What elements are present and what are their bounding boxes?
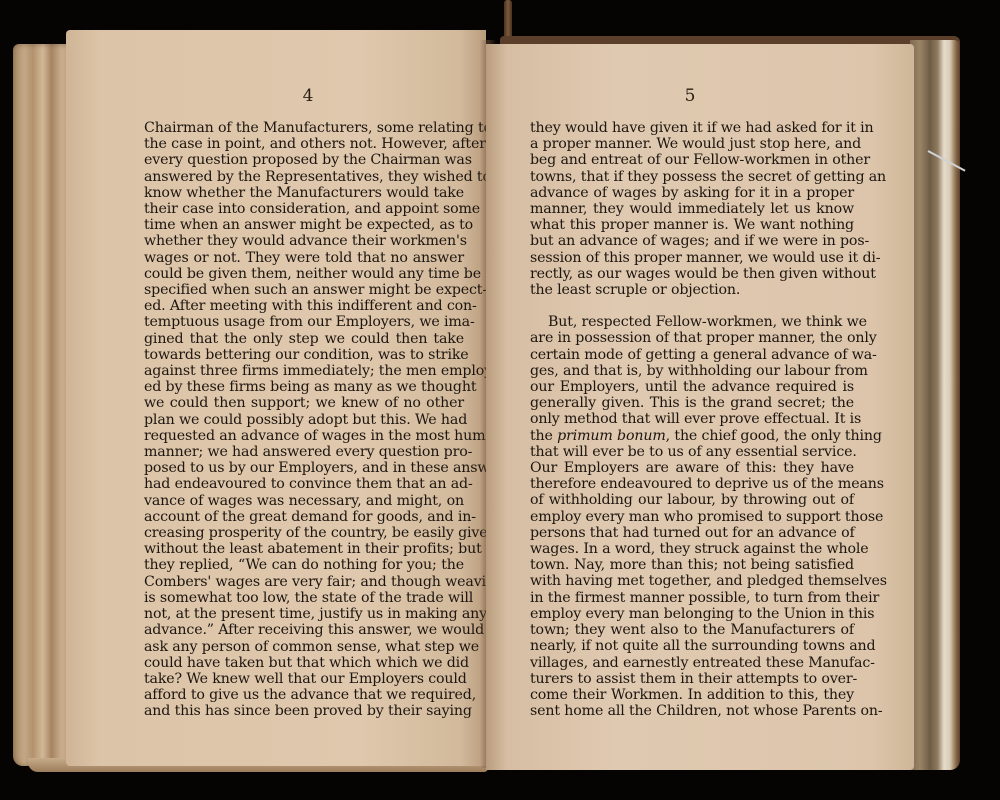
text-line: with having met together, and pledged th…	[530, 573, 854, 589]
text-line: could be given them, neither would any t…	[144, 266, 464, 282]
text-line: ed by these firms being as many as we th…	[144, 379, 464, 395]
text-line: in the firmest manner possible, to turn …	[530, 590, 854, 606]
text-line: vance of wages was necessary, and might,…	[144, 493, 464, 509]
text-line: specified when such an answer might be e…	[144, 282, 464, 298]
text-line: are in possession of that proper manner,…	[530, 330, 854, 346]
open-book: 4 Chairman of the Manufacturers, some re…	[0, 0, 1000, 800]
text-line: session of this proper manner, we would …	[530, 250, 854, 266]
text-line: take? We knew well that our Employers co…	[144, 671, 464, 687]
text-line: requested an advance of wages in the mos…	[144, 428, 464, 444]
text-line: town. Nay, more than this; not being sat…	[530, 557, 854, 573]
text-line: know whether the Manufacturers would tak…	[144, 185, 464, 201]
text-line: wages or not. They were told that no ans…	[144, 250, 464, 266]
page-number-left: 4	[288, 86, 328, 106]
left-page: 4 Chairman of the Manufacturers, some re…	[66, 30, 486, 766]
text-line: they replied, “We can do nothing for you…	[144, 557, 464, 573]
text-line: the least scruple or objection.	[530, 282, 854, 298]
text-line: towards bettering our condition, was to …	[144, 347, 464, 363]
text-line: ges, and that is, by withholding our lab…	[530, 363, 854, 379]
text-line: Our Employers are aware of this: they ha…	[530, 460, 854, 476]
text-line: but an advance of wages; and if we were …	[530, 233, 854, 249]
text-line: and this has since been proved by their …	[144, 703, 464, 719]
text-line: rectly, as our wages would be then given…	[530, 266, 854, 282]
paragraph-break	[530, 298, 854, 314]
text-line: only method that will ever prove effectu…	[530, 411, 854, 427]
text-line: a proper manner. We would just stop here…	[530, 136, 854, 152]
text-line: they would have given it if we had asked…	[530, 120, 854, 136]
italic-phrase: primum bonum	[557, 428, 666, 444]
text-line: town; they went also to the Manufacturer…	[530, 622, 854, 638]
text-line: employ every man who promised to support…	[530, 509, 854, 525]
text-line: advance.” After receiving this answer, w…	[144, 622, 464, 638]
text-line: wages. In a word, they struck against th…	[530, 541, 854, 557]
text-line: had endeavoured to convince them that an…	[144, 476, 464, 492]
right-page: 5 they would have given it if we had ask…	[486, 44, 914, 770]
text-line: persons that had turned out for an advan…	[530, 525, 854, 541]
text-line: is somewhat too low, the state of the tr…	[144, 590, 464, 606]
text-line: employ every man belonging to the Union …	[530, 606, 854, 622]
text-line: answered by the Representatives, they wi…	[144, 169, 464, 185]
text-line: therefore endeavoured to deprive us of t…	[530, 476, 854, 492]
text-line: afford to give us the advance that we re…	[144, 687, 464, 703]
text-line: plan we could possibly adopt but this. W…	[144, 412, 464, 428]
text-line: come their Workmen. In addition to this,…	[530, 687, 854, 703]
text-line: Combers' wages are very fair; and though…	[144, 574, 464, 590]
text-line: turers to assist them in their attempts …	[530, 671, 854, 687]
text-line: generally given. This is the grand secre…	[530, 395, 854, 411]
text-line: what this proper manner is. We want noth…	[530, 217, 854, 233]
text-line: manner, they would immediately let us kn…	[530, 201, 854, 217]
right-fore-edge	[910, 40, 960, 770]
text-line: could have taken but that which which we…	[144, 655, 464, 671]
text-line: that will ever be to us of any essential…	[530, 444, 854, 460]
text-line: time when an answer might be expected, a…	[144, 217, 464, 233]
text-line: certain mode of getting a general advanc…	[530, 347, 854, 363]
text-line: of withholding our labour, by throwing o…	[530, 492, 854, 508]
text-line: advance of wages by asking for it in a p…	[530, 185, 854, 201]
text-line: our Employers, until the advance require…	[530, 379, 854, 395]
text-line: not, at the present time, justify us in …	[144, 606, 464, 622]
text-line: whether they would advance their workmen…	[144, 233, 464, 249]
text-line: the case in point, and others not. Howev…	[144, 136, 464, 152]
text-line: their case into consideration, and appoi…	[144, 201, 464, 217]
text-line: every question proposed by the Chairman …	[144, 152, 464, 168]
text-line: against three firms immediately; the men…	[144, 363, 464, 379]
page-number-right: 5	[670, 86, 710, 106]
text-line: temptuous usage from our Employers, we i…	[144, 314, 464, 330]
text-line: without the least abatement in their pro…	[144, 541, 464, 557]
text-line: towns, that if they possess the secret o…	[530, 169, 854, 185]
text-line: ed. After meeting with this indifferent …	[144, 298, 464, 314]
text-line: beg and entreat of our Fellow-workmen in…	[530, 152, 854, 168]
left-page-text: Chairman of the Manufacturers, some rela…	[144, 120, 464, 720]
text-line: gined that the only step we could then t…	[144, 331, 464, 347]
text-line: manner; we had answered every question p…	[144, 444, 464, 460]
text-line: But, respected Fellow-workmen, we think …	[530, 314, 854, 330]
text-line: account of the great demand for goods, a…	[144, 509, 464, 525]
text-line: sent home all the Children, not whose Pa…	[530, 703, 854, 719]
right-page-text: they would have given it if we had asked…	[530, 120, 854, 719]
text-line: Chairman of the Manufacturers, some rela…	[144, 120, 464, 136]
text-line: posed to us by our Employers, and in the…	[144, 460, 464, 476]
text-line: ask any person of common sense, what ste…	[144, 639, 464, 655]
text-line: the primum bonum, the chief good, the on…	[530, 428, 854, 444]
text-line: creasing prosperity of the country, be e…	[144, 525, 464, 541]
text-line: villages, and earnestly entreated these …	[530, 655, 854, 671]
text-line: we could then support; we knew of no oth…	[144, 395, 464, 411]
text-line: nearly, if not quite all the surrounding…	[530, 638, 854, 654]
